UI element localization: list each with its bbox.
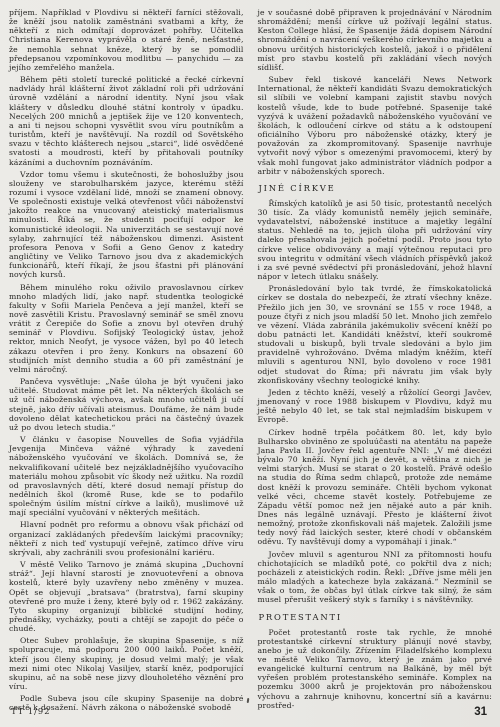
- right-column: je v současné době připraven k projednáv…: [258, 8, 493, 716]
- left-paragraph-9: Otec Subev prohlašuje, že skupina Spasen…: [9, 636, 244, 691]
- left-paragraph-3: Vzdor tomu všemu i skutečnosti, že bohos…: [9, 170, 244, 280]
- text-columns: příjem. Například v Plovdivu si někteří …: [9, 8, 492, 716]
- other-churches-paragraph-3: Jeden z těchto kněží, veselý a růžolící …: [258, 388, 493, 425]
- left-paragraph-6: V článku v časopise Nouvelles de Sofia v…: [9, 435, 244, 517]
- left-paragraph-2: Během pěti století turecké politické a ř…: [9, 75, 244, 167]
- left-paragraph-8: V městě Veliko Tarnovo je známá skupina …: [9, 560, 244, 633]
- other-churches-paragraph-2: Pronásledování bylo tak tvrdé, že římsko…: [258, 284, 493, 385]
- page-number: 31: [474, 706, 487, 718]
- other-churches-paragraph-1: Římských katolíků je asi 50 tisíc, prote…: [258, 199, 493, 281]
- left-paragraph-1: příjem. Například v Plovdivu si někteří …: [9, 8, 244, 72]
- left-paragraph-4: Během minulého roku oživilo pravoslavnou…: [9, 283, 244, 375]
- footer-issue-label: TT 1/92: [11, 706, 51, 716]
- right-paragraph-2: Subev řekl tiskové kanceláři News Networ…: [258, 75, 493, 176]
- left-paragraph-5: Pančeva vysvětluje: „Naše úloha je být v…: [9, 377, 244, 432]
- section-heading-protestants: PROTESTANTI: [259, 612, 493, 622]
- magazine-page: příjem. Například v Plovdivu si někteří …: [0, 0, 500, 727]
- left-paragraph-7: Hlavní podnět pro reformu a obnovu však …: [9, 520, 244, 557]
- right-paragraph-1: je v současné době připraven k projednáv…: [258, 8, 493, 72]
- left-column: příjem. Například v Plovdivu si někteří …: [9, 8, 244, 716]
- protestants-paragraph-1: Počet protestantů roste tak rychle, že m…: [258, 628, 493, 710]
- section-heading-other-churches: JINÉ CÍRKVE: [259, 183, 493, 193]
- other-churches-paragraph-4: Církev hodně trpěla počátkem 80. let, kd…: [258, 428, 493, 547]
- other-churches-paragraph-5: Jovčev mluvil s agenturou NNI za přítomn…: [258, 550, 493, 605]
